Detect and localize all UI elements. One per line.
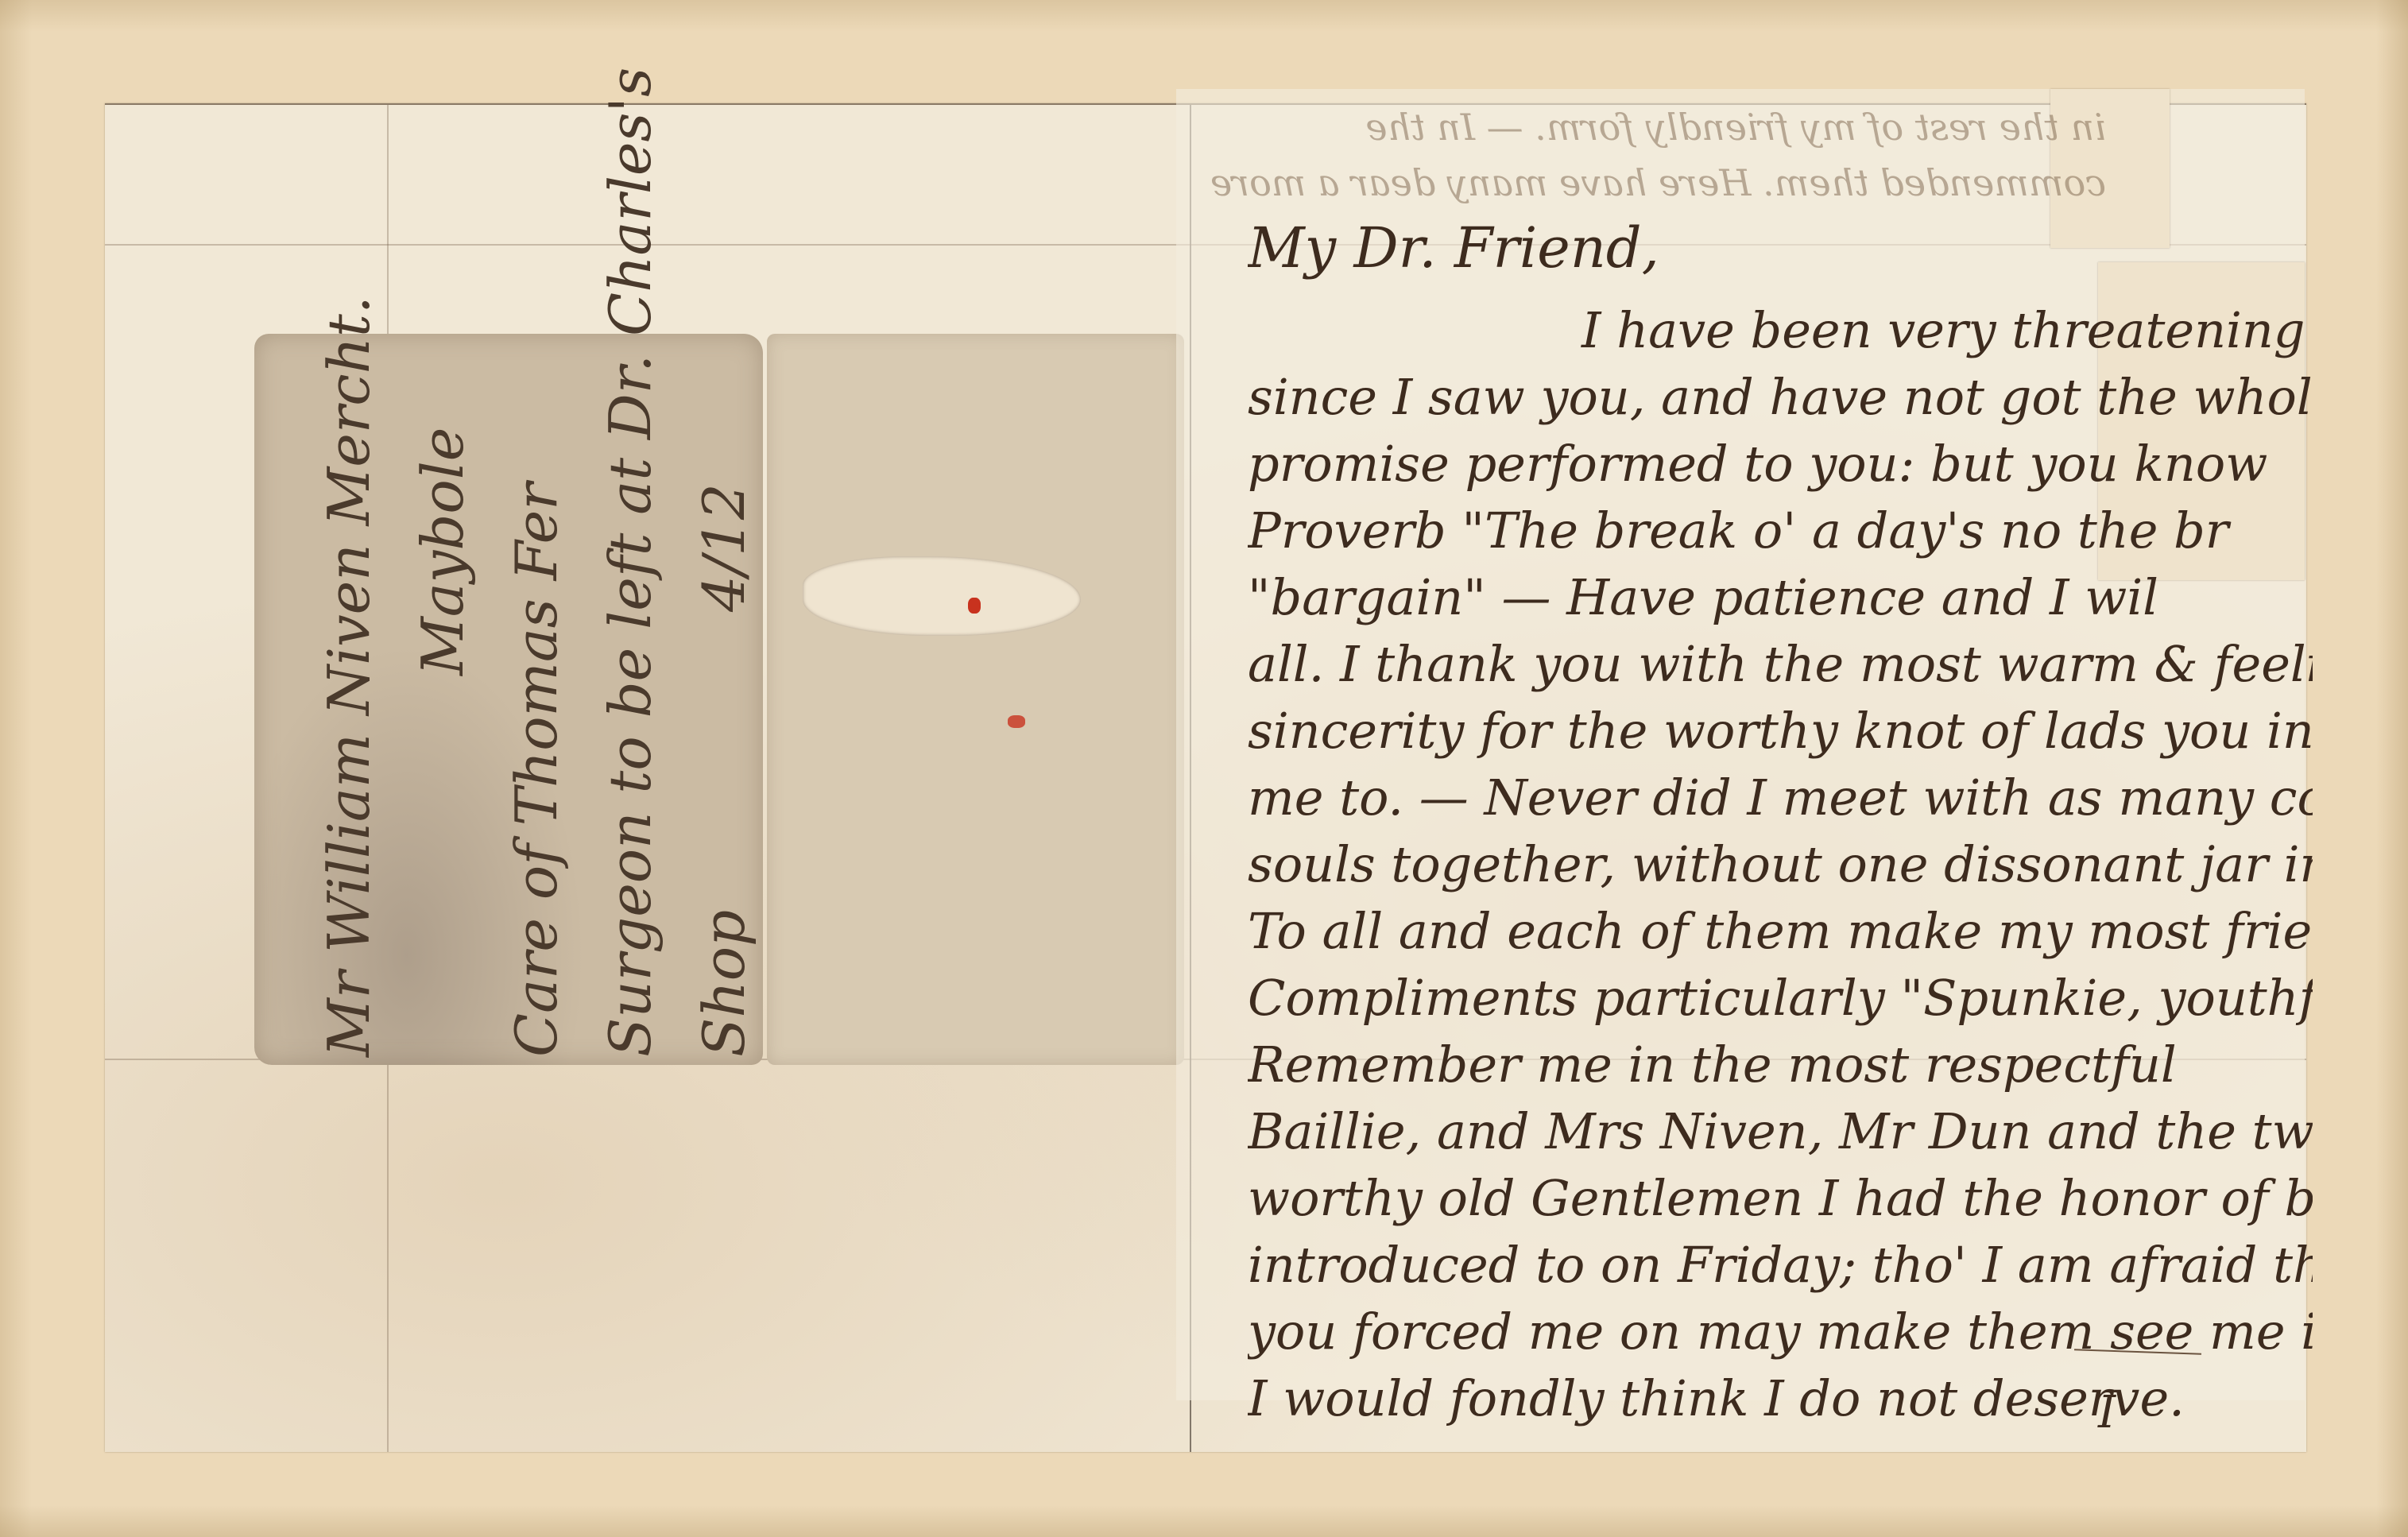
letter-line: since I saw you, and have not got the wh… <box>1248 364 2313 431</box>
letter-line: Proverb "The break o' a day's no the br <box>1248 497 2313 564</box>
letter-line: promise performed to you: but you know <box>1248 431 2313 497</box>
letter-line: you forced me on may make them see me in… <box>1248 1299 2313 1365</box>
salutation: My Dr. Friend, <box>1248 215 2313 281</box>
address-line-town: Maybole <box>396 326 490 1057</box>
letter-line: all. I thank you with the most warm & fe… <box>1248 631 2313 698</box>
closing-mark: I <box>2098 1387 2116 1438</box>
bleed-through-text: in the rest of my friendly form. — In th… <box>1192 99 2106 211</box>
address-line-recipient: Mr William Niven Mercht. <box>302 326 396 1057</box>
letter-line: Remember me in the most respectful <box>1248 1032 2313 1098</box>
address-line-surgeon: Surgeon to be left at Dr. Charles's <box>583 326 677 1057</box>
letter-line: To all and each of them make my most fri… <box>1248 898 2313 965</box>
wax-seal-fragment <box>968 598 981 614</box>
address-block: Mr William Niven Mercht. Maybole Care of… <box>302 326 771 1057</box>
bleed-line: in the rest of my friendly form. — In th… <box>1192 99 2106 155</box>
letter-line: "bargain" — Have patience and I wil <box>1248 564 2313 631</box>
letter-line: Baillie, and Mrs Niven, Mr Dun and the t… <box>1248 1098 2313 1165</box>
letter-line: souls together, without one dissonant ja… <box>1248 831 2313 898</box>
letter-line: introduced to on Friday; tho' I am afrai… <box>1248 1232 2313 1299</box>
wax-seal-fragment <box>1008 715 1025 728</box>
bleed-line: commended them. Here have many dear a mo… <box>1192 155 2106 211</box>
letter-line: I have been very threatening <box>1248 297 2313 364</box>
letter-line: worthy old Gentlemen I had the honor of … <box>1248 1165 2313 1232</box>
letter-line: I would fondly think I do not deserve. <box>1248 1365 2313 1432</box>
letter-line: me to. — Never did I meet with as many c… <box>1248 765 2313 831</box>
address-line-care-of: Care of Thomas Fer <box>490 326 583 1057</box>
letter-body: My Dr. Friend, I have been very threaten… <box>1248 215 2313 1432</box>
address-panel-back <box>767 334 1184 1065</box>
letter-line: sincerity for the worthy knot of lads yo… <box>1248 698 2313 765</box>
letter-line: Compliments particularly "Spunkie, youth… <box>1248 965 2313 1032</box>
